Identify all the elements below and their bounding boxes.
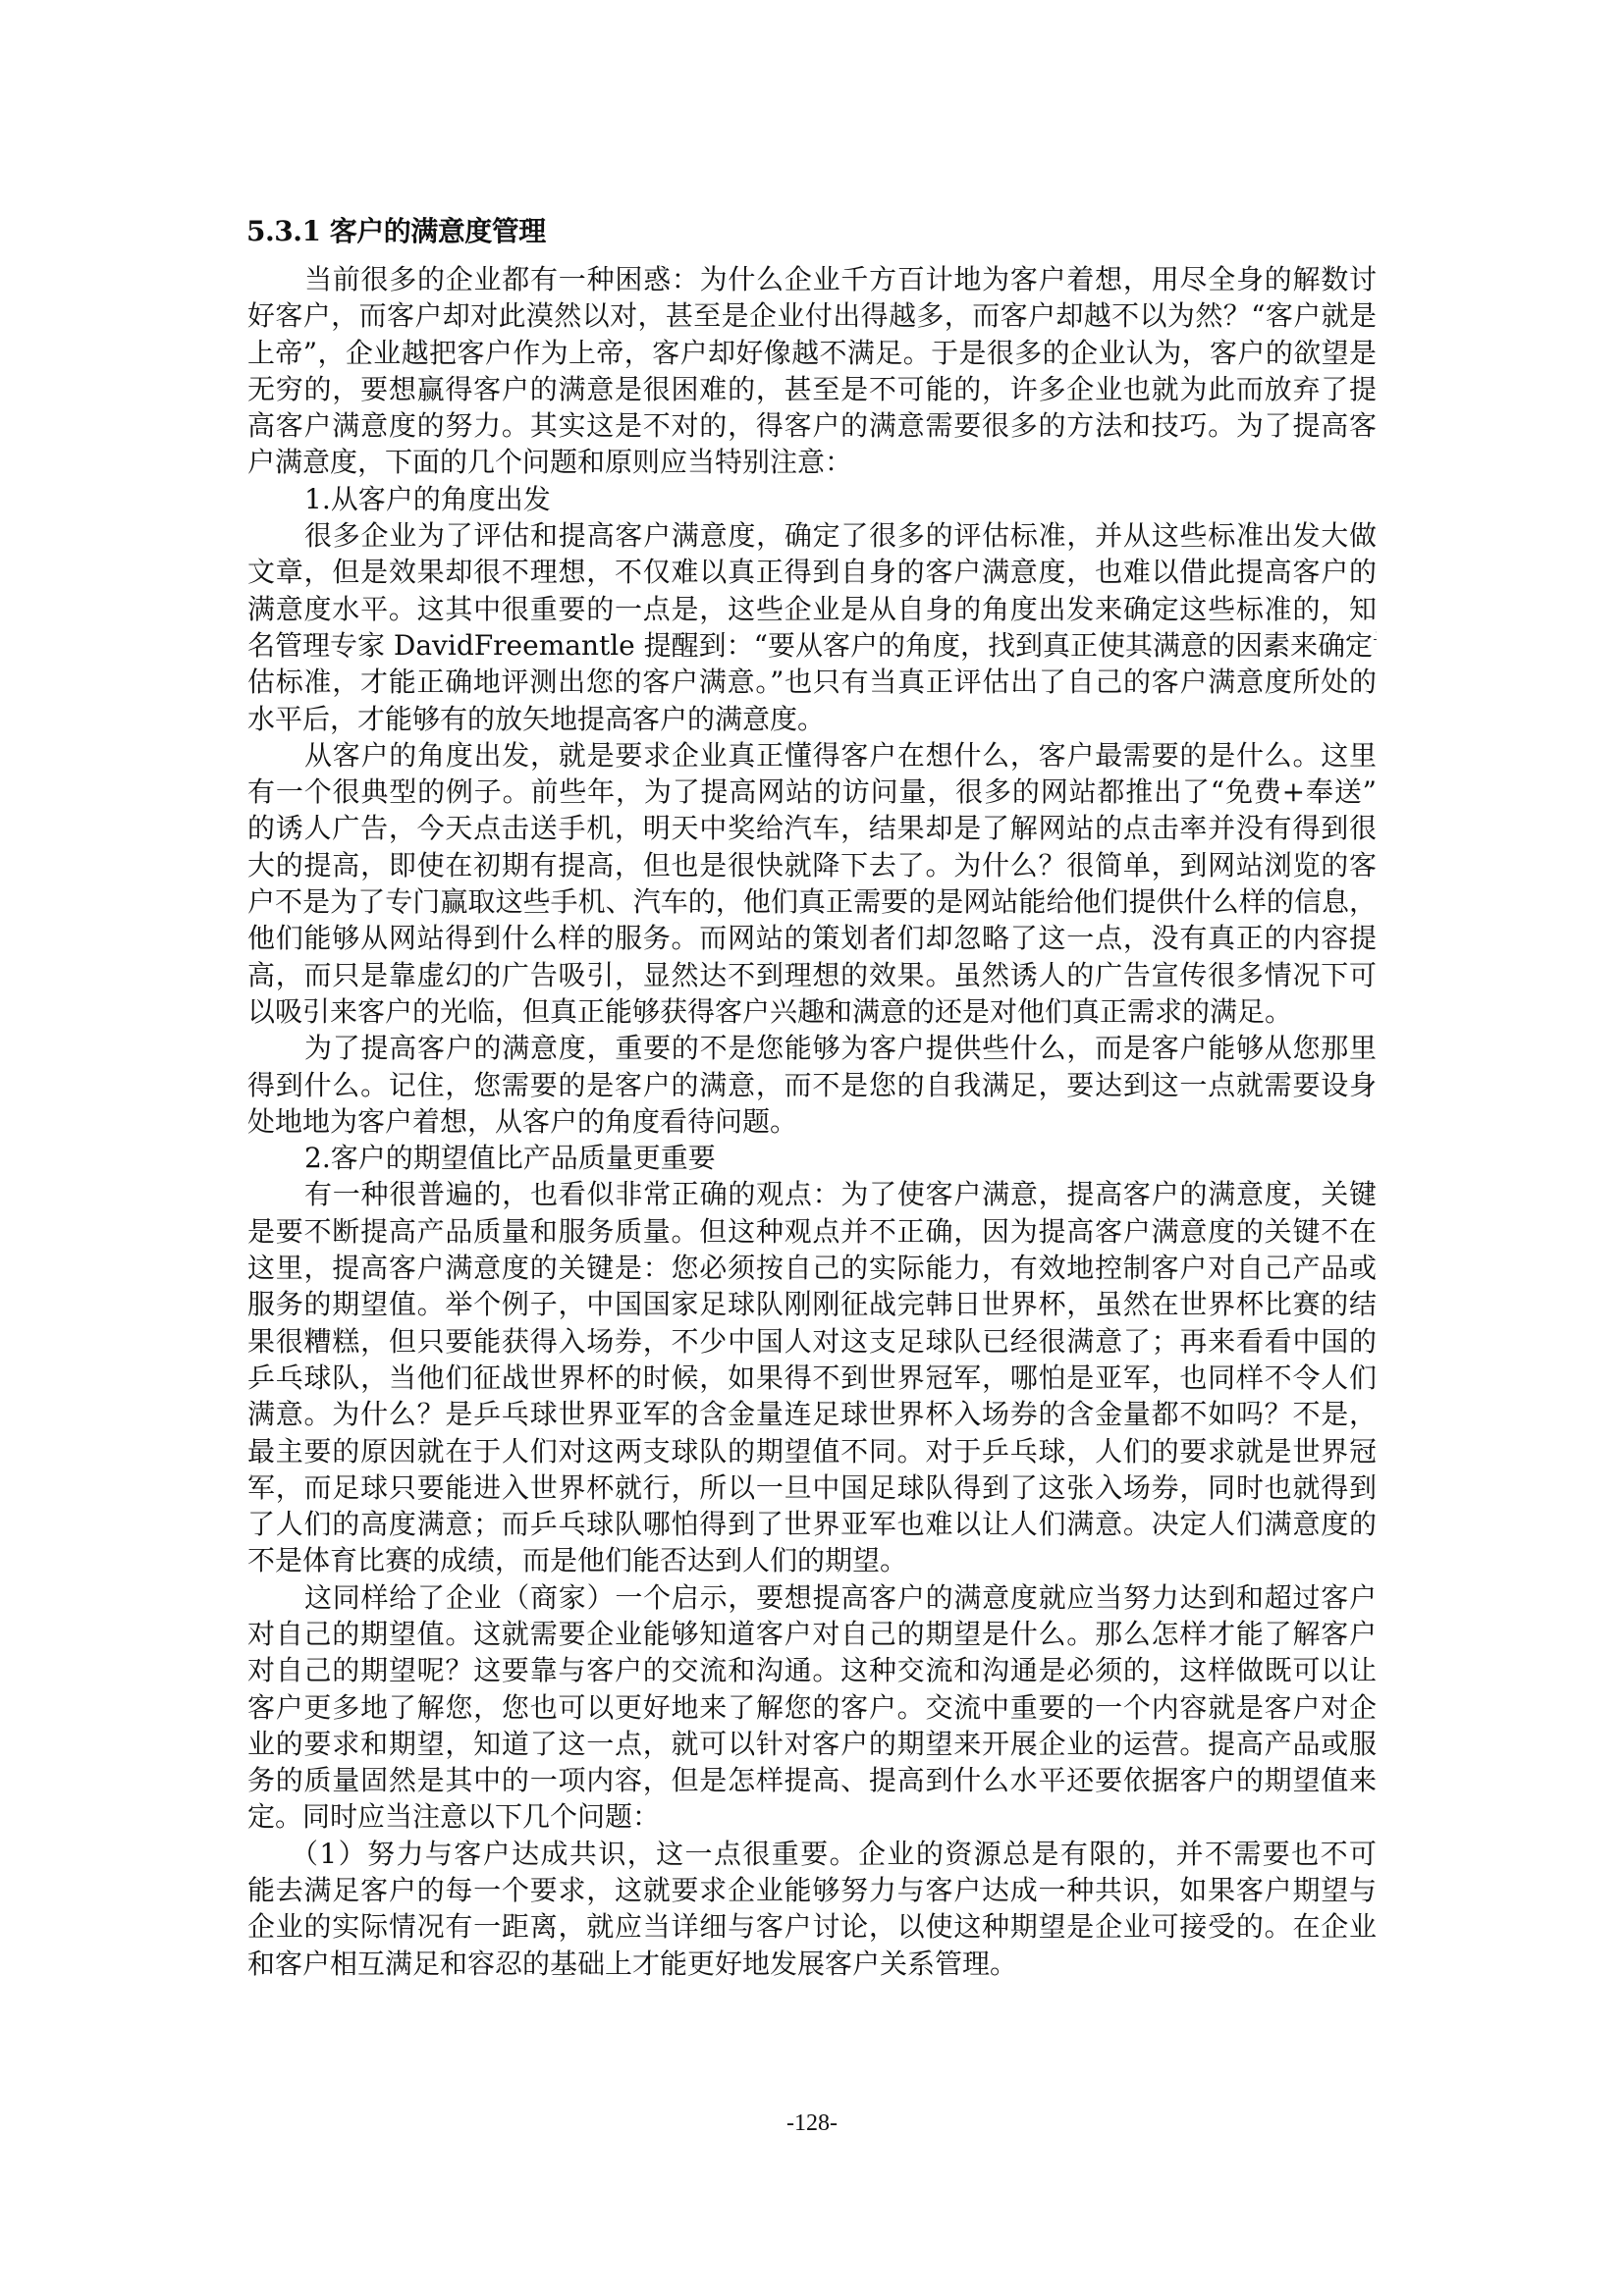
- numbered-item: （1）努力与客户达成共识，这一点很重要。企业的资源总是有限的，并不需要也不可 能…: [247, 1836, 1377, 1982]
- text-line: 估标准，才能正确地评测出您的客户满意。”也只有当真正评估出了自己的客户满意度所处…: [247, 664, 1377, 700]
- text-line: 高客户满意度的努力。其实这是不对的，得客户的满意需要很多的方法和技巧。为了提高客: [247, 407, 1377, 444]
- text-line: 满意。为什么？是乒乓球世界亚军的含金量连足球世界杯入场券的含金量都不如吗？不是，: [247, 1396, 1377, 1432]
- text-line: 户满意度，下面的几个问题和原则应当特别注意：: [247, 444, 1377, 480]
- text-line: 服务的期望值。举个例子，中国国家足球队刚刚征战完韩日世界杯，虽然在世界杯比赛的结: [247, 1286, 1377, 1322]
- text-line: 水平后，才能够有的放矢地提高客户的满意度。: [247, 701, 1377, 737]
- document-body: 当前很多的企业都有一种困惑：为什么企业千方百计地为客户着想，用尽全身的解数讨 好…: [247, 261, 1377, 1982]
- text-line: 最主要的原因就在于人们对这两支球队的期望值不同。对于乒乓球，人们的要求就是世界冠: [247, 1433, 1377, 1469]
- subsection-title-text: 2.客户的期望值比产品质量更重要: [247, 1140, 1377, 1176]
- text-line: （1）努力与客户达成共识，这一点很重要。企业的资源总是有限的，并不需要也不可: [247, 1836, 1377, 1872]
- subsection-title: 1.从客户的角度出发: [247, 481, 1377, 517]
- text-line: 是要不断提高产品质量和服务质量。但这种观点并不正确，因为提高客户满意度的关键不在: [247, 1213, 1377, 1250]
- text-line: 处地地为客户着想，从客户的角度看待问题。: [247, 1103, 1377, 1140]
- text-line: 对自己的期望值。这就需要企业能够知道客户对自己的期望是什么。那么怎样才能了解客户: [247, 1616, 1377, 1652]
- text-line: 有一个很典型的例子。前些年，为了提高网站的访问量，很多的网站都推出了“免费+奉送…: [247, 774, 1377, 810]
- text-line: 从客户的角度出发，就是要求企业真正懂得客户在想什么，客户最需要的是什么。这里: [247, 737, 1377, 774]
- paragraph: 当前很多的企业都有一种困惑：为什么企业千方百计地为客户着想，用尽全身的解数讨 好…: [247, 261, 1377, 481]
- text-line: 为了提高客户的满意度，重要的不是您能够为客户提供些什么，而是客户能够从您那里: [247, 1030, 1377, 1066]
- text-line: 了人们的高度满意；而乒乓球队哪怕得到了世界亚军也难以让人们满意。决定人们满意度的: [247, 1506, 1377, 1542]
- text-line: 名管理专家 DavidFreemantle 提醒到：“要从客户的角度，找到真正使…: [247, 627, 1377, 664]
- text-line: 好客户，而客户却对此漠然以对，甚至是企业付出得越多，而客户却越不以为然？“客户就…: [247, 297, 1377, 334]
- text-line: 户不是为了专门赢取这些手机、汽车的，他们真正需要的是网站能给他们提供什么样的信息…: [247, 883, 1377, 920]
- text-line: 的诱人广告，今天点击送手机，明天中奖给汽车，结果却是了解网站的点击率并没有得到很: [247, 810, 1377, 846]
- text-line: 和客户相互满足和容忍的基础上才能更好地发展客户关系管理。: [247, 1946, 1377, 1982]
- paragraph: 有一种很普遍的，也看似非常正确的观点：为了使客户满意，提高客户的满意度，关键 是…: [247, 1176, 1377, 1578]
- paragraph: 很多企业为了评估和提高客户满意度，确定了很多的评估标准，并从这些标准出发大做 文…: [247, 517, 1377, 737]
- text-line: 这同样给了企业（商家）一个启示，要想提高客户的满意度就应当努力达到和超过客户: [247, 1579, 1377, 1616]
- document-page: 5.3.1 客户的满意度管理 当前很多的企业都有一种困惑：为什么企业千方百计地为…: [0, 0, 1624, 2296]
- page-number: -128-: [0, 2109, 1624, 2138]
- text-line: 文章，但是效果却很不理想，不仅难以真正得到自身的客户满意度，也难以借此提高客户的: [247, 554, 1377, 590]
- text-line: 乒乓球队，当他们征战世界杯的时候，如果得不到世界冠军，哪怕是亚军，也同样不令人们: [247, 1360, 1377, 1396]
- text-line: 得到什么。记住，您需要的是客户的满意，而不是您的自我满足，要达到这一点就需要设身: [247, 1067, 1377, 1103]
- paragraph: 这同样给了企业（商家）一个启示，要想提高客户的满意度就应当努力达到和超过客户 对…: [247, 1579, 1377, 1836]
- text-line: 务的质量固然是其中的一项内容，但是怎样提高、提高到什么水平还要依据客户的期望值来: [247, 1762, 1377, 1798]
- text-line: 满意度水平。这其中很重要的一点是，这些企业是从自身的角度出发来确定这些标准的，知: [247, 591, 1377, 627]
- text-line: 定。同时应当注意以下几个问题：: [247, 1798, 1377, 1835]
- text-line: 很多企业为了评估和提高客户满意度，确定了很多的评估标准，并从这些标准出发大做: [247, 517, 1377, 554]
- text-line: 上帝”，企业越把客户作为上帝，客户却好像越不满足。于是很多的企业认为，客户的欲望…: [247, 335, 1377, 371]
- paragraph: 为了提高客户的满意度，重要的不是您能够为客户提供些什么，而是客户能够从您那里 得…: [247, 1030, 1377, 1140]
- text-line: 以吸引来客户的光临，但真正能够获得客户兴趣和满意的还是对他们真正需求的满足。: [247, 993, 1377, 1030]
- text-line: 无穷的，要想赢得客户的满意是很困难的，甚至是不可能的，许多企业也就为此而放弃了提: [247, 371, 1377, 407]
- paragraph: 从客户的角度出发，就是要求企业真正懂得客户在想什么，客户最需要的是什么。这里 有…: [247, 737, 1377, 1030]
- text-line: 当前很多的企业都有一种困惑：为什么企业千方百计地为客户着想，用尽全身的解数讨: [247, 261, 1377, 297]
- text-line: 高，而只是靠虚幻的广告吸引，显然达不到理想的效果。虽然诱人的广告宣传很多情况下可: [247, 957, 1377, 993]
- text-line: 大的提高，即使在初期有提高，但也是很快就降下去了。为什么？很简单，到网站浏览的客: [247, 847, 1377, 883]
- text-line: 能去满足客户的每一个要求，这就要求企业能够努力与客户达成一种共识，如果客户期望与: [247, 1872, 1377, 1908]
- text-line: 对自己的期望呢？这要靠与客户的交流和沟通。这种交流和沟通是必须的，这样做既可以让: [247, 1652, 1377, 1688]
- text-line: 不是体育比赛的成绩，而是他们能否达到人们的期望。: [247, 1542, 1377, 1578]
- text-line: 企业的实际情况有一距离，就应当详细与客户讨论，以使这种期望是企业可接受的。在企业: [247, 1908, 1377, 1945]
- text-line: 他们能够从网站得到什么样的服务。而网站的策划者们却忽略了这一点，没有真正的内容提: [247, 920, 1377, 956]
- text-line: 业的要求和期望，知道了这一点，就可以针对客户的期望来开展企业的运营。提高产品或服: [247, 1726, 1377, 1762]
- text-line: 军，而足球只要能进入世界杯就行，所以一旦中国足球队得到了这张入场券，同时也就得到: [247, 1469, 1377, 1506]
- text-line: 果很糟糕，但只要能获得入场券，不少中国人对这支足球队已经很满意了；再来看看中国的: [247, 1323, 1377, 1360]
- text-line: 客户更多地了解您，您也可以更好地来了解您的客户。交流中重要的一个内容就是客户对企: [247, 1689, 1377, 1726]
- subsection-title-text: 1.从客户的角度出发: [247, 481, 1377, 517]
- text-line: 这里，提高客户满意度的关键是：您必须按自己的实际能力，有效地控制客户对自己产品或: [247, 1250, 1377, 1286]
- section-heading: 5.3.1 客户的满意度管理: [246, 214, 546, 249]
- subsection-title: 2.客户的期望值比产品质量更重要: [247, 1140, 1377, 1176]
- text-line: 有一种很普遍的，也看似非常正确的观点：为了使客户满意，提高客户的满意度，关键: [247, 1176, 1377, 1212]
